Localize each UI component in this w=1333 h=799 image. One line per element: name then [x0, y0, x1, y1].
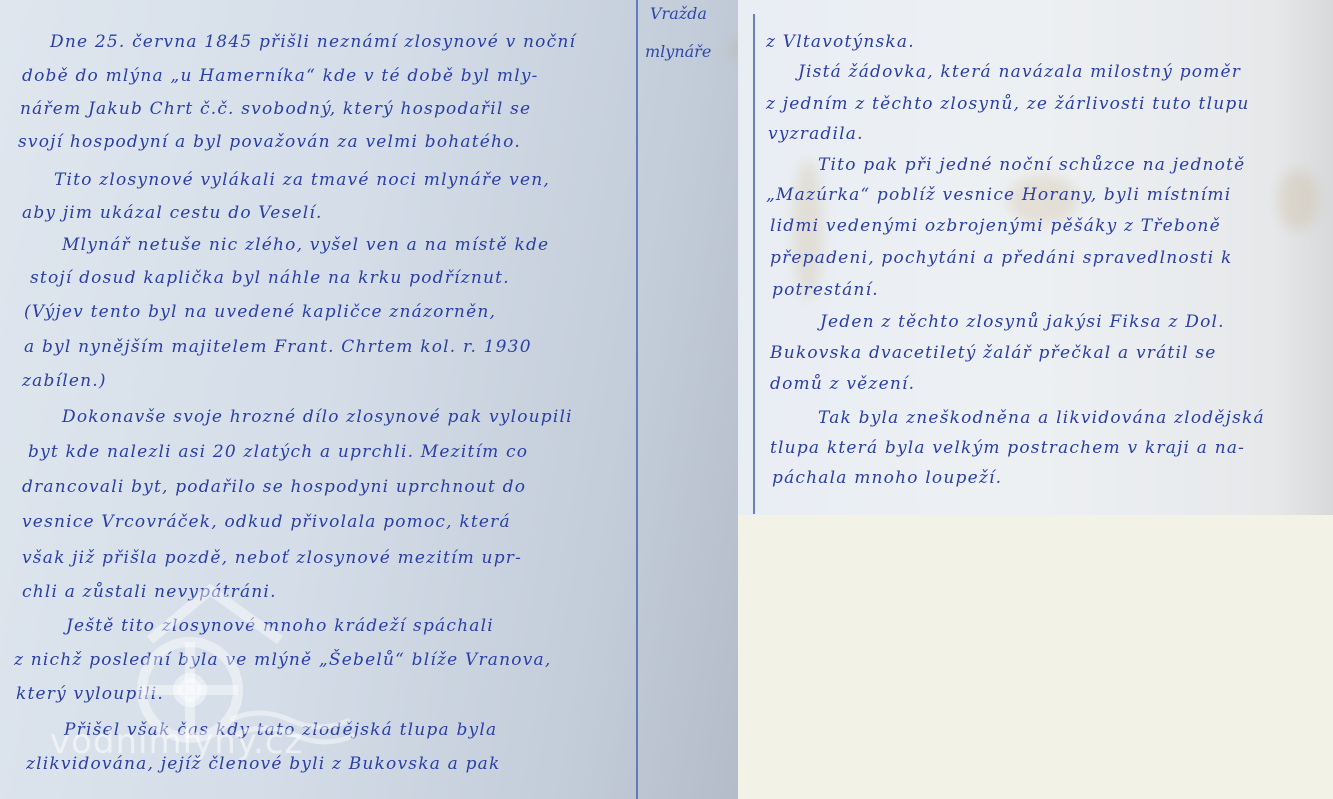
- text-line: přepadeni, pochytáni a předáni spravedln…: [770, 248, 1233, 268]
- watermark-text: vodnimlyny.cz: [50, 722, 303, 762]
- text-line: drancovali byt, podařilo se hospodyni up…: [22, 477, 526, 497]
- paper-stain: [1278, 170, 1318, 230]
- text-line: Tito zlosynové vylákali za tmavé noci ml…: [54, 170, 550, 190]
- text-line: který vyloupili.: [16, 684, 164, 704]
- text-line: Jeden z těchto zlosynů jakýsi Fiksa z Do…: [820, 312, 1225, 332]
- text-line: domů z vězení.: [770, 374, 915, 394]
- text-line: chli a zůstali nevypátráni.: [22, 582, 277, 602]
- text-line: lidmi vedenými ozbrojenými pěšáky z Třeb…: [770, 216, 1221, 236]
- text-line: a byl nynějším majitelem Frant. Chrtem k…: [24, 337, 532, 357]
- text-line: stojí dosud kaplička byl náhle na krku p…: [30, 268, 510, 288]
- margin-note-line-2: mlynáře: [645, 42, 711, 61]
- text-line: zabílen.): [22, 371, 107, 391]
- paper-stain: [730, 40, 738, 60]
- right-manuscript-page: z Vltavotýnska. Jistá žádovka, která nav…: [738, 0, 1333, 515]
- margin-rule-line: [753, 14, 755, 514]
- text-line: (Výjev tento byl na uvedené kapličce zná…: [24, 302, 496, 322]
- text-line: z Vltavotýnska.: [766, 32, 915, 52]
- text-line: páchala mnoho loupeží.: [772, 468, 1002, 488]
- text-line: Mlynář netuše nic zlého, vyšel ven a na …: [62, 235, 549, 255]
- text-line: Ještě tito zlosynové mnoho krádeží spách…: [66, 616, 494, 636]
- text-line: Jistá žádovka, která navázala milostný p…: [798, 62, 1241, 82]
- text-line: době do mlýna „u Hamerníka“ kde v té dob…: [22, 66, 539, 86]
- text-line: z jedním z těchto zlosynů, ze žárlivosti…: [766, 94, 1250, 114]
- text-line: byt kde nalezli asi 20 zlatých a uprchli…: [28, 442, 528, 462]
- text-line: svojí hospodyní a byl považován za velmi…: [18, 132, 521, 152]
- text-line: nářem Jakub Chrt č.č. svobodný, který ho…: [20, 99, 531, 119]
- text-line: Bukovska dvacetiletý žalář přečkal a vrá…: [770, 343, 1217, 363]
- text-line: Dokonavše svoje hrozné dílo zlosynové pa…: [62, 407, 573, 427]
- text-line: tlupa která byla velkým postrachem v kra…: [770, 438, 1245, 458]
- blank-background-area: [738, 515, 1333, 799]
- text-line: vyzradila.: [768, 124, 864, 144]
- text-line: Tito pak při jedné noční schůzce na jedn…: [818, 155, 1245, 175]
- text-line: Dne 25. června 1845 přišli neznámí zlosy…: [50, 32, 576, 52]
- left-manuscript-page: Vraždа mlynáře Dne 25. června 1845 přišl…: [0, 0, 738, 799]
- text-line: z nichž poslední byla ve mlýně „Šebelů“ …: [14, 650, 551, 670]
- margin-note-line-1: Vraždа: [650, 4, 707, 23]
- text-line: „Mazúrka“ poblíž vesnice Horany, byli mí…: [766, 185, 1231, 205]
- text-line: aby jim ukázal cestu do Veselí.: [22, 203, 323, 223]
- margin-rule-line: [636, 0, 638, 799]
- text-line: však již přišla pozdě, neboť zlosynové m…: [22, 548, 522, 568]
- text-line: vesnice Vrcovráček, odkud přivolala pomo…: [22, 512, 511, 532]
- text-line: potrestání.: [772, 280, 879, 300]
- text-line: Tak byla zneškodněna a likvidována zlodě…: [818, 408, 1265, 428]
